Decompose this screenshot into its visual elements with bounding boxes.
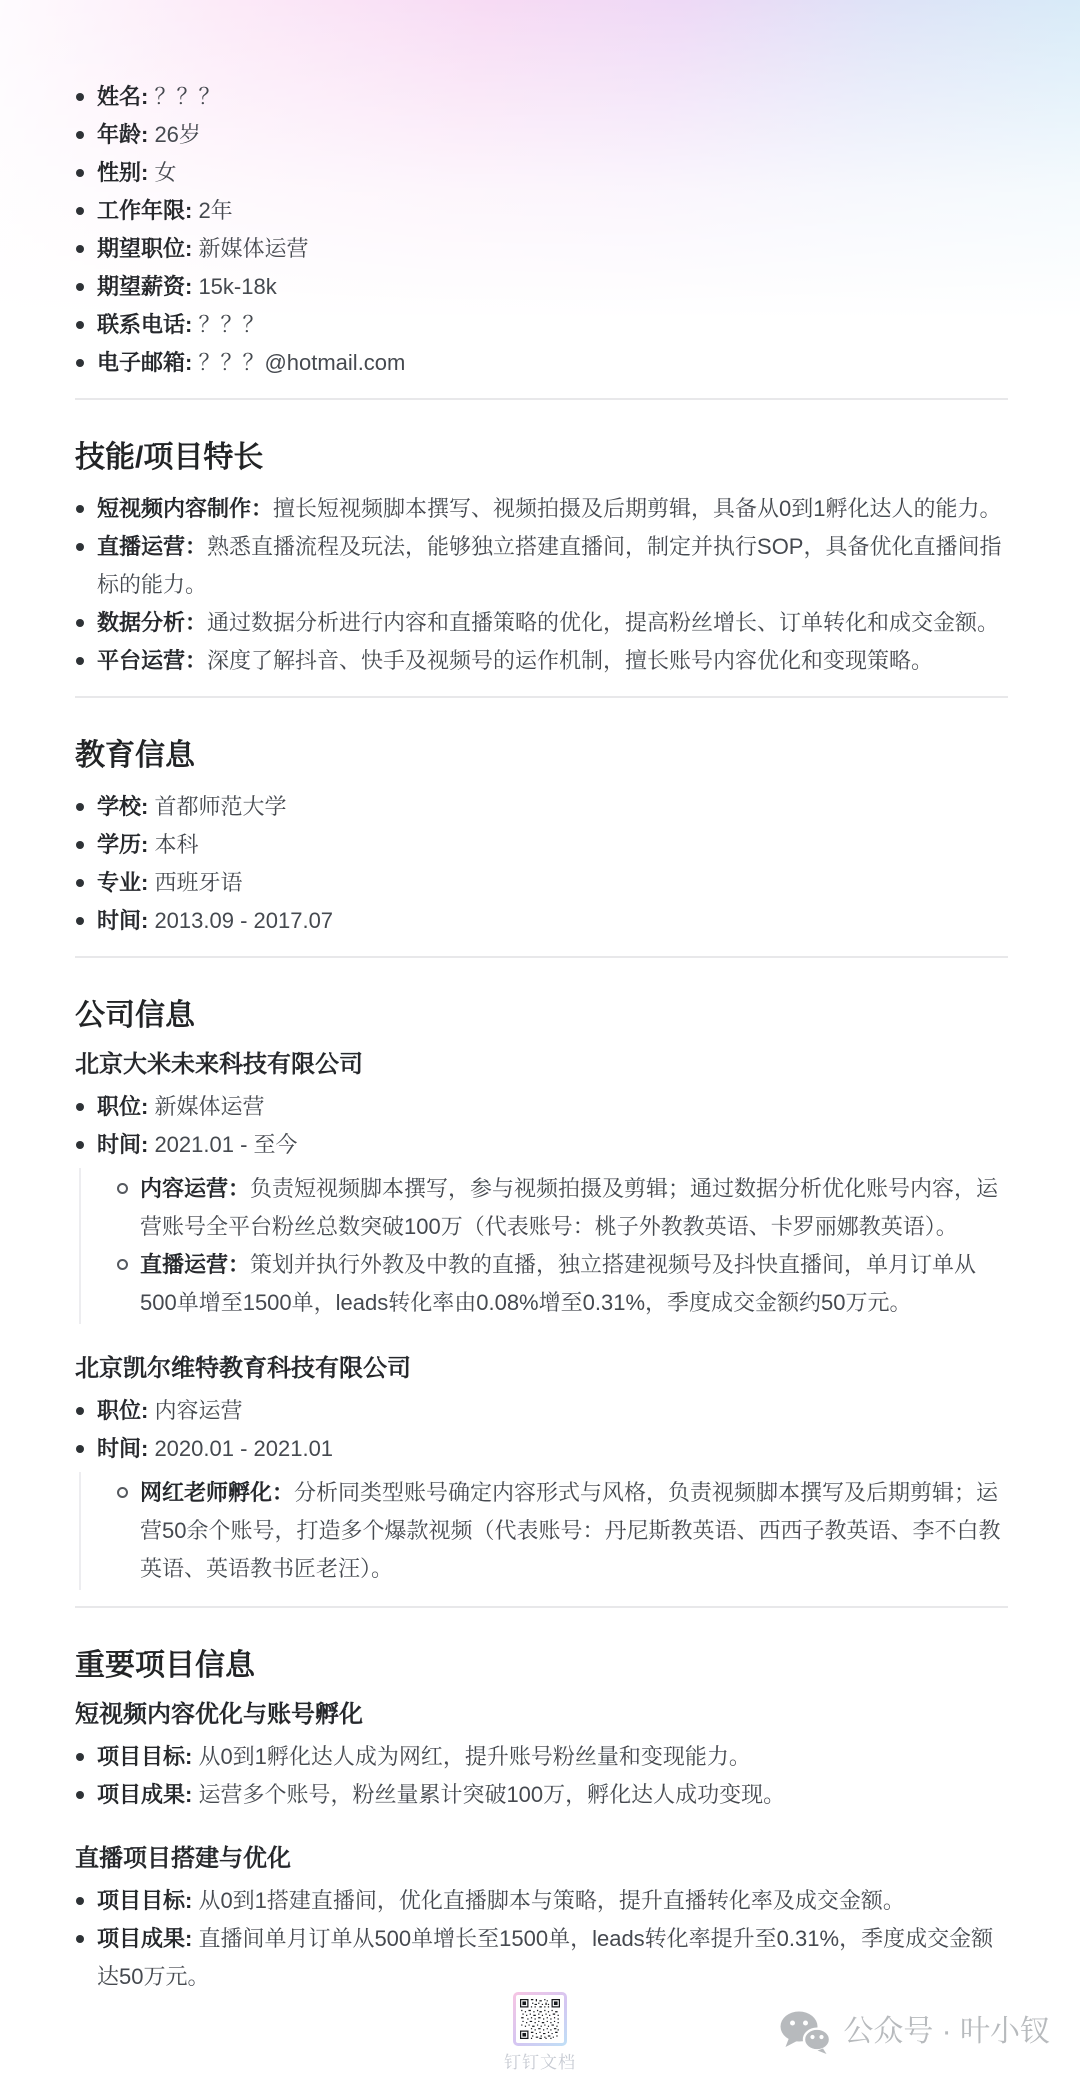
item-value: 深度了解抖音、快手及视频号的运作机制，擅长账号内容优化和变现策略。 bbox=[207, 648, 933, 673]
item-label: 项目成果: bbox=[97, 1782, 192, 1807]
bullet-icon bbox=[76, 1407, 84, 1415]
item-value: 直播间单月订单从500单增长至1500单，leads转化率提升至0.31%，季度… bbox=[97, 1926, 993, 1989]
list-item: 时间: 2021.01 - 至今 bbox=[75, 1126, 1008, 1164]
item-value: 2021.01 - 至今 bbox=[148, 1132, 297, 1157]
item-label: 性别: bbox=[97, 160, 148, 185]
bullet-icon bbox=[76, 543, 84, 551]
item-value: 从0到1搭建直播间，优化直播脚本与策略，提升直播转化率及成交金额。 bbox=[192, 1888, 905, 1913]
qr-caption: 钉钉文档 bbox=[504, 2052, 576, 2074]
section-heading-companies: 公司信息 bbox=[75, 996, 1008, 1036]
project-bullet-list: 项目目标: 从0到1搭建直播间，优化直播脚本与策略，提升直播转化率及成交金额。 … bbox=[75, 1882, 1008, 1996]
list-item: 学校: 首都师范大学 bbox=[75, 788, 1008, 826]
item-label: 网红老师孵化： bbox=[140, 1480, 294, 1505]
section-divider bbox=[75, 696, 1008, 698]
item-value: 15k-18k bbox=[192, 274, 276, 299]
item-value: ？？？ bbox=[148, 84, 220, 109]
section-divider bbox=[75, 956, 1008, 958]
list-item: 数据分析：通过数据分析进行内容和直播策略的优化，提高粉丝增长、订单转化和成交金额… bbox=[75, 604, 1008, 642]
list-item: 姓名: ？？？ bbox=[75, 78, 1008, 116]
bullet-icon bbox=[76, 169, 84, 177]
personal-info-list: 姓名: ？？？ 年龄: 26岁 性别: 女 工作年限: 2年 期望职位: 新媒体… bbox=[75, 78, 1008, 382]
education-list: 学校: 首都师范大学 学历: 本科 专业: 西班牙语 时间: 2013.09 -… bbox=[75, 788, 1008, 940]
item-label: 时间: bbox=[97, 1132, 148, 1157]
item-value: 首都师范大学 bbox=[148, 794, 286, 819]
item-label: 期望薪资: bbox=[97, 274, 192, 299]
item-value: 本科 bbox=[148, 832, 198, 857]
item-value: 运营多个账号，粉丝量累计突破100万，孵化达人成功变现。 bbox=[192, 1782, 785, 1807]
list-item: 项目目标: 从0到1搭建直播间，优化直播脚本与策略，提升直播转化率及成交金额。 bbox=[75, 1882, 1008, 1920]
bullet-icon bbox=[76, 841, 84, 849]
item-value: 通过数据分析进行内容和直播策略的优化，提高粉丝增长、订单转化和成交金额。 bbox=[207, 610, 999, 635]
bullet-icon bbox=[76, 359, 84, 367]
list-item: 年龄: 26岁 bbox=[75, 116, 1008, 154]
item-value: ？？？@hotmail.com bbox=[192, 350, 405, 375]
bullet-icon bbox=[76, 1141, 84, 1149]
project-name: 直播项目搭建与优化 bbox=[75, 1842, 1008, 1876]
item-label: 期望职位: bbox=[97, 236, 192, 261]
project-name: 短视频内容优化与账号孵化 bbox=[75, 1698, 1008, 1732]
list-item: 职位: 内容运营 bbox=[75, 1392, 1008, 1430]
list-item: 时间: 2013.09 - 2017.07 bbox=[75, 902, 1008, 940]
bullet-icon bbox=[76, 207, 84, 215]
skills-list: 短视频内容制作：擅长短视频脚本撰写、视频拍摄及后期剪辑，具备从0到1孵化达人的能… bbox=[75, 490, 1008, 680]
section-heading-skills: 技能/项目特长 bbox=[75, 438, 1008, 478]
item-label: 内容运营： bbox=[140, 1176, 250, 1201]
list-item: 电子邮箱: ？？？@hotmail.com bbox=[75, 344, 1008, 382]
item-label: 数据分析： bbox=[97, 610, 207, 635]
sub-list-item: 网红老师孵化：分析同类型账号确定内容形式与风格，负责视频脚本撰写及后期剪辑；运营… bbox=[117, 1474, 1008, 1588]
qr-code-icon bbox=[520, 1999, 560, 2039]
item-label: 直播运营： bbox=[97, 534, 207, 559]
list-item: 项目目标: 从0到1孵化达人成为网红，提升账号粉丝量和变现能力。 bbox=[75, 1738, 1008, 1776]
company-bullet-list: 职位: 内容运营 时间: 2020.01 - 2021.01 bbox=[75, 1392, 1008, 1468]
bullet-icon bbox=[76, 917, 84, 925]
bullet-icon bbox=[76, 879, 84, 887]
item-label: 职位: bbox=[97, 1094, 148, 1119]
list-item: 直播运营：熟悉直播流程及玩法，能够独立搭建直播间，制定并执行SOP，具备优化直播… bbox=[75, 528, 1008, 604]
sub-bullet-icon bbox=[117, 1487, 128, 1498]
resume-page: 姓名: ？？？ 年龄: 26岁 性别: 女 工作年限: 2年 期望职位: 新媒体… bbox=[0, 0, 1080, 2082]
wechat-account-label: 公众号 · 叶小钗 bbox=[843, 2008, 1050, 2056]
item-label: 学历: bbox=[97, 832, 148, 857]
section-divider bbox=[75, 398, 1008, 400]
wechat-icon bbox=[779, 2010, 831, 2054]
item-label: 电子邮箱: bbox=[97, 350, 192, 375]
item-label: 联系电话: bbox=[97, 312, 192, 337]
company-bullet-list: 职位: 新媒体运营 时间: 2021.01 - 至今 bbox=[75, 1088, 1008, 1164]
item-value: 负责短视频脚本撰写，参与视频拍摄及剪辑；通过数据分析优化账号内容，运营账号全平台… bbox=[140, 1176, 998, 1239]
company-detail-list: 网红老师孵化：分析同类型账号确定内容形式与风格，负责视频脚本撰写及后期剪辑；运营… bbox=[79, 1472, 1008, 1590]
section-divider bbox=[75, 1606, 1008, 1608]
item-label: 专业: bbox=[97, 870, 148, 895]
section-heading-education: 教育信息 bbox=[75, 736, 1008, 776]
list-item: 短视频内容制作：擅长短视频脚本撰写、视频拍摄及后期剪辑，具备从0到1孵化达人的能… bbox=[75, 490, 1008, 528]
section-heading-projects: 重要项目信息 bbox=[75, 1646, 1008, 1686]
item-value: 2013.09 - 2017.07 bbox=[148, 908, 333, 933]
item-value: 西班牙语 bbox=[148, 870, 242, 895]
item-label: 项目目标: bbox=[97, 1744, 192, 1769]
qr-code bbox=[513, 1992, 567, 2046]
sub-list-item: 直播运营：策划并执行外教及中教的直播，独立搭建视频号及抖快直播间，单月订单从50… bbox=[117, 1246, 1008, 1322]
item-label: 年龄: bbox=[97, 122, 148, 147]
bullet-icon bbox=[76, 1753, 84, 1761]
list-item: 项目成果: 直播间单月订单从500单增长至1500单，leads转化率提升至0.… bbox=[75, 1920, 1008, 1996]
item-label: 姓名: bbox=[97, 84, 148, 109]
resume-document: 姓名: ？？？ 年龄: 26岁 性别: 女 工作年限: 2年 期望职位: 新媒体… bbox=[0, 0, 1080, 1996]
bullet-icon bbox=[76, 619, 84, 627]
item-value: 新媒体运营 bbox=[192, 236, 308, 261]
item-label: 平台运营： bbox=[97, 648, 207, 673]
item-label: 学校: bbox=[97, 794, 148, 819]
item-label: 职位: bbox=[97, 1398, 148, 1423]
list-item: 期望职位: 新媒体运营 bbox=[75, 230, 1008, 268]
item-label: 时间: bbox=[97, 908, 148, 933]
list-item: 平台运营：深度了解抖音、快手及视频号的运作机制，擅长账号内容优化和变现策略。 bbox=[75, 642, 1008, 680]
qr-code-inner bbox=[516, 1995, 564, 2043]
company-name: 北京大米未来科技有限公司 bbox=[75, 1048, 1008, 1082]
item-value: 2020.01 - 2021.01 bbox=[148, 1436, 333, 1461]
item-value: 2年 bbox=[192, 198, 232, 223]
company-detail-list: 内容运营：负责短视频脚本撰写，参与视频拍摄及剪辑；通过数据分析优化账号内容，运营… bbox=[79, 1168, 1008, 1324]
bullet-icon bbox=[76, 321, 84, 329]
item-label: 短视频内容制作： bbox=[97, 496, 273, 521]
bullet-icon bbox=[76, 1897, 84, 1905]
item-label: 工作年限: bbox=[97, 198, 192, 223]
list-item: 职位: 新媒体运营 bbox=[75, 1088, 1008, 1126]
item-value: 擅长短视频脚本撰写、视频拍摄及后期剪辑，具备从0到1孵化达人的能力。 bbox=[273, 496, 1001, 521]
wechat-footer: 公众号 · 叶小钗 bbox=[779, 2008, 1050, 2056]
item-value: 熟悉直播流程及玩法，能够独立搭建直播间，制定并执行SOP，具备优化直播间指标的能… bbox=[97, 534, 1001, 597]
item-value: 内容运营 bbox=[148, 1398, 242, 1423]
list-item: 专业: 西班牙语 bbox=[75, 864, 1008, 902]
item-value: 26岁 bbox=[148, 122, 201, 147]
item-value: 新媒体运营 bbox=[148, 1094, 264, 1119]
list-item: 项目成果: 运营多个账号，粉丝量累计突破100万，孵化达人成功变现。 bbox=[75, 1776, 1008, 1814]
item-value: 女 bbox=[148, 160, 176, 185]
list-item: 联系电话: ？？？ bbox=[75, 306, 1008, 344]
bullet-icon bbox=[76, 803, 84, 811]
list-item: 学历: 本科 bbox=[75, 826, 1008, 864]
list-item: 期望薪资: 15k-18k bbox=[75, 268, 1008, 306]
bullet-icon bbox=[76, 1935, 84, 1943]
item-label: 时间: bbox=[97, 1436, 148, 1461]
project-bullet-list: 项目目标: 从0到1孵化达人成为网红，提升账号粉丝量和变现能力。 项目成果: 运… bbox=[75, 1738, 1008, 1814]
bullet-icon bbox=[76, 1103, 84, 1111]
item-label: 直播运营： bbox=[140, 1252, 250, 1277]
item-value: 策划并执行外教及中教的直播，独立搭建视频号及抖快直播间，单月订单从500单增至1… bbox=[140, 1252, 976, 1315]
bullet-icon bbox=[76, 1445, 84, 1453]
bullet-icon bbox=[76, 245, 84, 253]
list-item: 性别: 女 bbox=[75, 154, 1008, 192]
item-value: ？？？ bbox=[192, 312, 264, 337]
list-item: 时间: 2020.01 - 2021.01 bbox=[75, 1430, 1008, 1468]
sub-bullet-icon bbox=[117, 1259, 128, 1270]
bullet-icon bbox=[76, 283, 84, 291]
bullet-icon bbox=[76, 657, 84, 665]
bullet-icon bbox=[76, 1791, 84, 1799]
item-label: 项目成果: bbox=[97, 1926, 192, 1951]
list-item: 工作年限: 2年 bbox=[75, 192, 1008, 230]
bullet-icon bbox=[76, 505, 84, 513]
bullet-icon bbox=[76, 131, 84, 139]
item-value: 从0到1孵化达人成为网红，提升账号粉丝量和变现能力。 bbox=[192, 1744, 751, 1769]
sub-bullet-icon bbox=[117, 1183, 128, 1194]
sub-list-item: 内容运营：负责短视频脚本撰写，参与视频拍摄及剪辑；通过数据分析优化账号内容，运营… bbox=[117, 1170, 1008, 1246]
item-label: 项目目标: bbox=[97, 1888, 192, 1913]
bullet-icon bbox=[76, 93, 84, 101]
company-name: 北京凯尔维特教育科技有限公司 bbox=[75, 1352, 1008, 1386]
